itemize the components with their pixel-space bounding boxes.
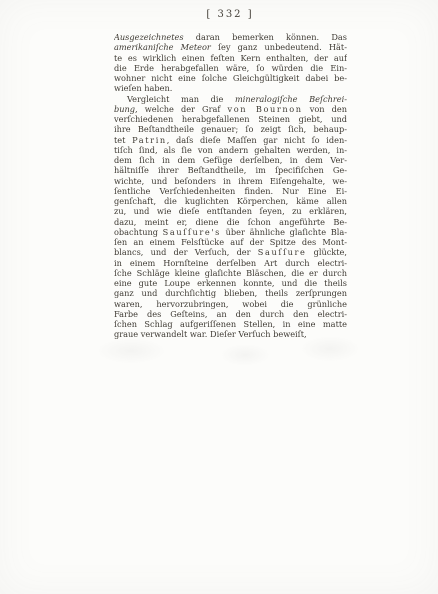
text-line: wohner nicht eine ſolche Gleichgültigkei… [114, 73, 347, 83]
text-line: blancs, und der Verſuch, der Sauſſure gl… [114, 247, 347, 257]
text-segment: waren, hervorzubringen, wobei die grünli… [114, 299, 347, 309]
text-segment: Patrin [132, 135, 167, 145]
text-line: die Erde herabgefallen wäre, ſo würden d… [114, 63, 347, 73]
text-line: tiſch ſind, als ſie von andern gehalten … [114, 145, 347, 155]
text-line: Ausgezeichnetes daran bemerken können. D… [114, 32, 347, 42]
text-segment: glückte, [306, 247, 347, 257]
text-line: Vergleicht man die mineralogiſche Beſchr… [114, 94, 347, 104]
text-segment: ganz und durchſichtig blieben, theils ze… [114, 288, 347, 298]
page-number: [ 332 ] [113, 9, 347, 20]
scan-smudge [300, 336, 360, 362]
text-segment: ihre Beſtandtheile genauer; ſo zeigt ſic… [114, 124, 347, 134]
text-segment: ſche Schläge kleine glaſichte Bläschen, … [114, 268, 347, 278]
text-segment: Sauſſure's [163, 227, 221, 237]
text-line: ſen an einem Felsſtücke auf der Spitze d… [114, 237, 347, 247]
text-segment: graue verwandelt war. Dieſer Verſuch bew… [114, 329, 307, 339]
text-line: hältniſſe ihrer Beſtandtheile, im ſpecif… [114, 165, 347, 175]
text-segment: , daſs dieſe Maſſen gar nicht ſo iden- [167, 135, 347, 145]
text-line: obachtung Sauſſure's über ähnliche glaſi… [114, 227, 347, 237]
text-segment: ſentliche Verſchiedenheiten finden. Nur … [114, 186, 347, 196]
text-segment: von Bournon [228, 104, 303, 114]
scan-smudge [96, 338, 166, 364]
text-segment: wichte, und beſonders in ihrem Eiſengeha… [114, 176, 347, 186]
text-segment: wieſen haben. [114, 83, 172, 93]
text-segment: tet [114, 135, 132, 145]
text-line: ganz und durchſichtig blieben, theils ze… [114, 288, 347, 298]
text-segment: Sauſſure [258, 247, 307, 257]
text-line: ſentliche Verſchiedenheiten finden. Nur … [114, 186, 347, 196]
text-segment: dem ſich in dem Gefüge derſelben, in dem… [114, 155, 347, 165]
text-line: eine gute Loupe erkennen konnte, und die… [114, 278, 347, 288]
text-line: verſchiedenen herabgefallenen Steinen gi… [114, 114, 347, 124]
text-segment: genſchaft, die kuglichten Körperchen, kä… [114, 196, 347, 206]
text-segment: in einem Hornſteine derſelben Art durch … [114, 258, 347, 268]
text-segment: te es wirklich einen feſten Kern enthalt… [114, 53, 347, 63]
text-segment: zu, und wie dieſe entſtanden ſeyen, zu e… [114, 206, 347, 216]
text-segment: Farbe des Geſteins, an den durch den ele… [114, 309, 347, 319]
text-line: te es wirklich einen feſten Kern enthalt… [114, 53, 347, 63]
text-line: ſchen Schlag aufgeriſſenen Stellen, in e… [114, 319, 347, 329]
text-line: in einem Hornſteine derſelben Art durch … [114, 258, 347, 268]
text-segment: , welche der Graf [135, 104, 227, 114]
text-line: wichte, und beſonders in ihrem Eiſengeha… [114, 176, 347, 186]
text-segment: verſchiedenen herabgefallenen Steinen gi… [114, 114, 347, 124]
text-segment: daran bemerken können. Das [184, 32, 347, 42]
text-line: Farbe des Geſteins, an den durch den ele… [114, 309, 347, 319]
text-segment: Ausgezeichnetes [114, 32, 184, 42]
text-line: genſchaft, die kuglichten Körperchen, kä… [114, 196, 347, 206]
text-line: tet Patrin, daſs dieſe Maſſen gar nicht … [114, 135, 347, 145]
text-segment: ſchen Schlag aufgeriſſenen Stellen, in e… [114, 319, 347, 329]
text-segment: mineralogiſche Beſchrei- [235, 94, 347, 104]
text-line: waren, hervorzubringen, wobei die grünli… [114, 299, 347, 309]
text-segment: tiſch ſind, als ſie von andern gehalten … [114, 145, 347, 155]
book-page: [ 332 ] Ausgezeichnetes daran bemerken k… [0, 0, 438, 594]
text-line: wieſen haben. [114, 83, 347, 93]
text-line: ihre Beſtandtheile genauer; ſo zeigt ſic… [114, 124, 347, 134]
text-line: dem ſich in dem Gefüge derſelben, in dem… [114, 155, 347, 165]
scan-smudge [220, 344, 270, 366]
text-segment: hältniſſe ihrer Beſtandtheile, im ſpecif… [114, 165, 347, 175]
text-line: zu, und wie dieſe entſtanden ſeyen, zu e… [114, 206, 347, 216]
text-segment: obachtung [114, 227, 163, 237]
text-line: graue verwandelt war. Dieſer Verſuch bew… [114, 329, 347, 339]
text-line: bung, welche der Graf von Bournon von de… [114, 104, 347, 114]
text-line: ſche Schläge kleine glaſichte Bläschen, … [114, 268, 347, 278]
text-segment: wohner nicht eine ſolche Gleichgültigkei… [114, 73, 347, 83]
text-line: amerikaniſche Meteor ſey ganz unbedeuten… [114, 42, 347, 52]
text-segment: von den [303, 104, 347, 114]
text-segment: die Erde herabgefallen wäre, ſo würden d… [114, 63, 347, 73]
text-segment: Vergleicht man die [127, 94, 235, 104]
text-segment: amerikaniſche Meteor [114, 42, 211, 52]
text-segment: über ähnliche glaſichte Bla- [221, 227, 347, 237]
text-segment: ſen an einem Felsſtücke auf der Spitze d… [114, 237, 347, 247]
text-segment: blancs, und der Verſuch, der [114, 247, 258, 257]
text-segment: dazu, meint er, diene die ſchon angeführ… [114, 217, 347, 227]
text-segment: ſey ganz unbedeutend. Hät- [211, 42, 347, 52]
body-text: Ausgezeichnetes daran bemerken können. D… [114, 32, 347, 340]
text-segment: eine gute Loupe erkennen konnte, und die… [114, 278, 347, 288]
text-line: dazu, meint er, diene die ſchon angeführ… [114, 217, 347, 227]
text-segment: bung [114, 104, 135, 114]
